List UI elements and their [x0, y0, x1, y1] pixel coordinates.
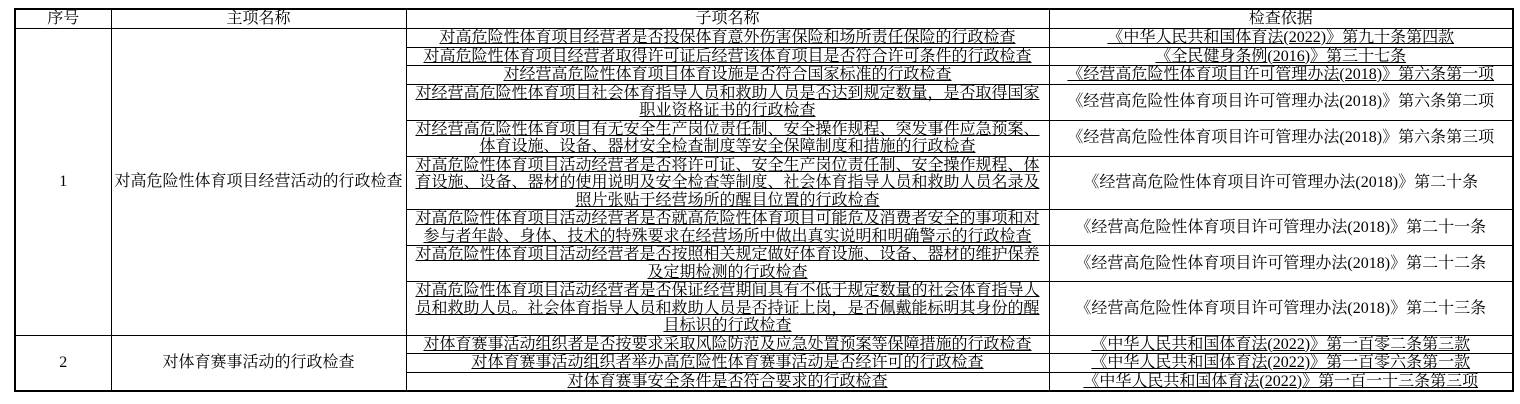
basis-cell: 《经营高危险性体育项目许可管理办法(2018)》第二十三条: [1049, 282, 1513, 336]
basis-cell: 《经营高危险性体育项目许可管理办法(2018)》第六条第一项: [1049, 66, 1513, 85]
sub-item-cell: 对高危险性体育项目活动经营者是否按照相关规定做好体育设施、设备、器材的维护保养及…: [406, 246, 1049, 282]
table-row: 2对体育赛事活动的行政检查对体育赛事活动组织者是否按要求采取风险防范及应急处置预…: [15, 335, 1513, 354]
sub-item-cell: 对体育赛事活动组织者是否按要求采取风险防范及应急处置预案等保障措施的行政检查: [406, 335, 1049, 354]
seq-cell: 1: [15, 29, 111, 336]
basis-cell: 《中华人民共和国体育法(2022)》第一百零二条第三款: [1049, 335, 1513, 354]
sub-item-cell: 对高危险性体育项目活动经营者是否将许可证、安全生产岗位责任制、安全操作规程、体育…: [406, 156, 1049, 210]
header-sub-item: 子项名称: [406, 9, 1049, 29]
header-row: 序号 主项名称 子项名称 检查依据: [15, 9, 1513, 29]
basis-cell: 《中华人民共和国体育法(2022)》第九十条第四款: [1049, 29, 1513, 48]
sub-item-cell: 对体育赛事活动组织者举办高危险性体育赛事活动是否经许可的行政检查: [406, 354, 1049, 373]
sub-item-cell: 对高危险性体育项目活动经营者是否就高危险性体育项目可能危及消费者安全的事项和对参…: [406, 210, 1049, 246]
sub-item-cell: 对经营高危险性体育项目体育设施是否符合国家标准的行政检查: [406, 66, 1049, 85]
basis-cell: 《中华人民共和国体育法(2022)》第一百一十三条第三项: [1049, 372, 1513, 391]
inspection-items-sheet: 序号 主项名称 子项名称 检查依据 1对高危险性体育项目经营活动的行政检查对高危…: [0, 0, 1520, 404]
sub-item-cell: 对高危险性体育项目经营者取得许可证后经营该体育项目是否符合许可条件的行政检查: [406, 47, 1049, 66]
main-item-cell: 对高危险性体育项目经营活动的行政检查: [111, 29, 406, 336]
table-header: 序号 主项名称 子项名称 检查依据: [15, 9, 1513, 29]
basis-cell: 《经营高危险性体育项目许可管理办法(2018)》第二十条: [1049, 156, 1513, 210]
basis-cell: 《经营高危险性体育项目许可管理办法(2018)》第二十一条: [1049, 210, 1513, 246]
basis-cell: 《经营高危险性体育项目许可管理办法(2018)》第六条第二项: [1049, 84, 1513, 120]
table-row: 1对高危险性体育项目经营活动的行政检查对高危险性体育项目经营者是否投保体育意外伤…: [15, 29, 1513, 48]
sub-item-cell: 对经营高危险性体育项目有无安全生产岗位责任制、安全操作规程、突发事件应急预案、体…: [406, 120, 1049, 156]
sub-item-cell: 对高危险性体育项目经营者是否投保体育意外伤害保险和场所责任保险的行政检查: [406, 29, 1049, 48]
basis-cell: 《中华人民共和国体育法(2022)》第一百零六条第一款: [1049, 354, 1513, 373]
seq-cell: 2: [15, 335, 111, 391]
sub-item-cell: 对高危险性体育项目活动经营者是否保证经营期间具有不低于规定数量的社会体育指导人员…: [406, 282, 1049, 336]
header-basis: 检查依据: [1049, 9, 1513, 29]
basis-cell: 《经营高危险性体育项目许可管理办法(2018)》第二十二条: [1049, 246, 1513, 282]
table-body: 1对高危险性体育项目经营活动的行政检查对高危险性体育项目经营者是否投保体育意外伤…: [15, 29, 1513, 392]
inspection-items-table: 序号 主项名称 子项名称 检查依据 1对高危险性体育项目经营活动的行政检查对高危…: [14, 8, 1514, 392]
basis-cell: 《经营高危险性体育项目许可管理办法(2018)》第六条第三项: [1049, 120, 1513, 156]
header-main-item: 主项名称: [111, 9, 406, 29]
basis-cell: 《全民健身条例(2016)》第三十七条: [1049, 47, 1513, 66]
header-seq: 序号: [15, 9, 111, 29]
main-item-cell: 对体育赛事活动的行政检查: [111, 335, 406, 391]
sub-item-cell: 对体育赛事安全条件是否符合要求的行政检查: [406, 372, 1049, 391]
sub-item-cell: 对经营高危险性体育项目社会体育指导人员和救助人员是否达到规定数量，是否取得国家职…: [406, 84, 1049, 120]
